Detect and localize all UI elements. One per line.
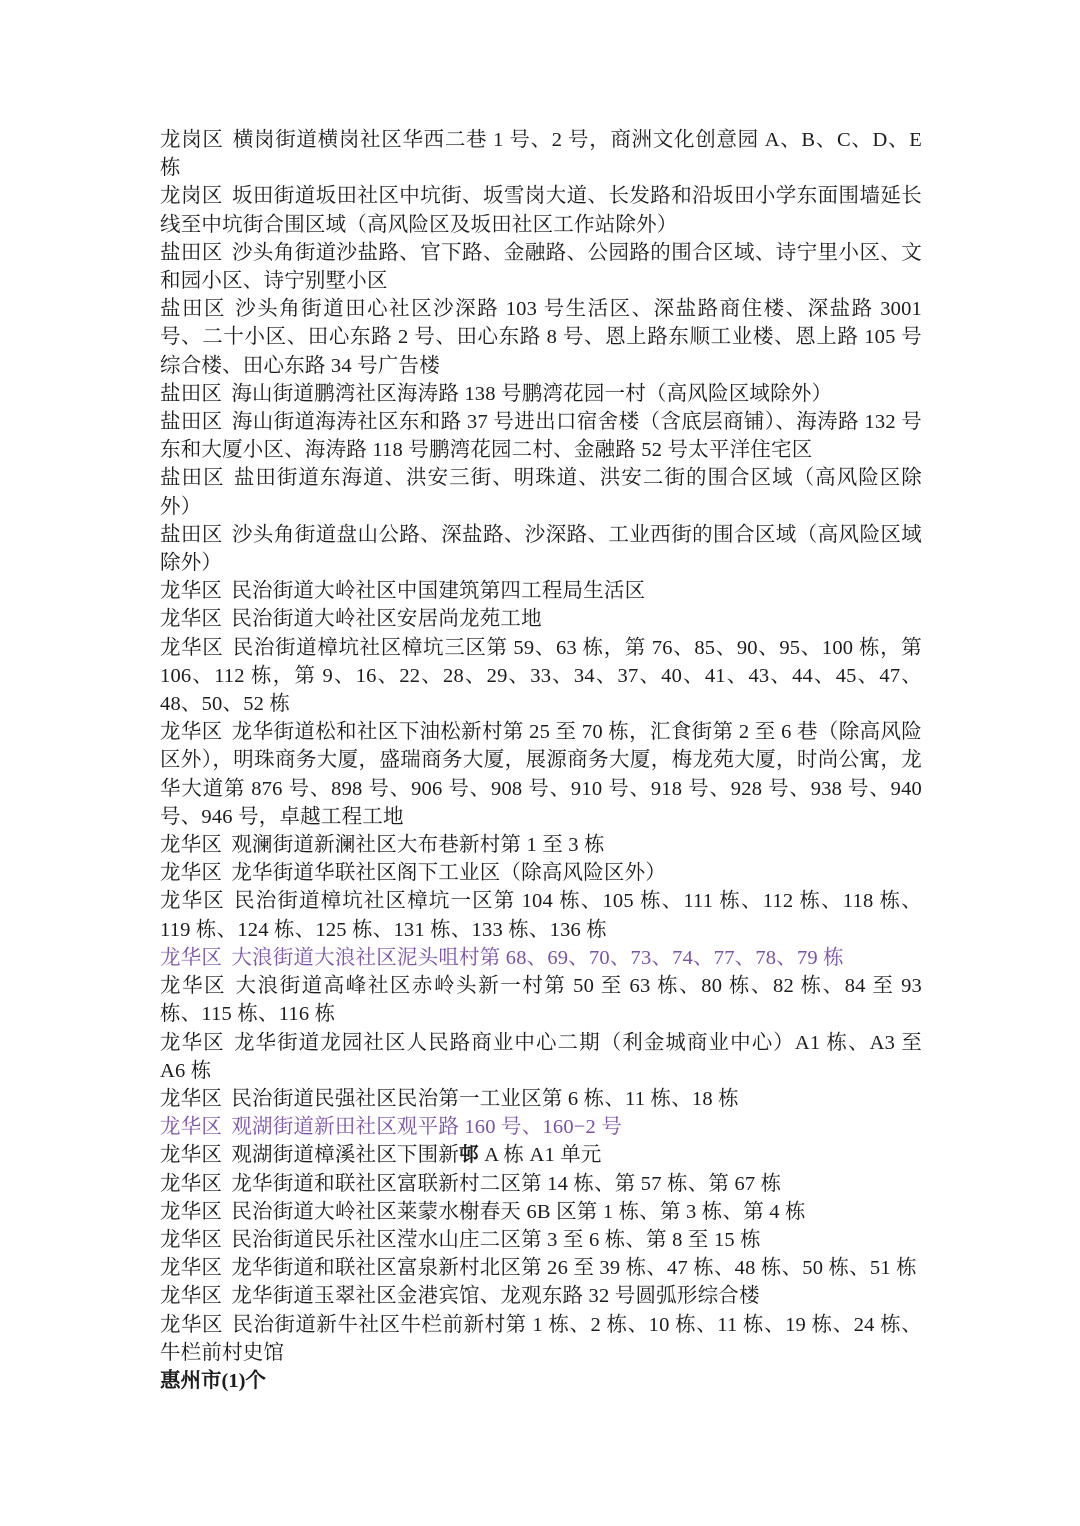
entry-text-segment: 龙华街道玉翠社区金港宾馆、龙观东路 32 号圆弧形综合楼 (231, 1285, 759, 1307)
entry-text-segment: A 栋 A1 单元 (479, 1144, 602, 1166)
entry-text: 民治街道新牛社区牛栏前新村第 1 栋、2 栋、10 栋、11 栋、19 栋、24… (160, 1314, 922, 1364)
entry-text-segment: 民治街道民强社区民治第一工业区第 6 栋、11 栋、18 栋 (231, 1088, 739, 1110)
entry-text: 民治街道大岭社区莱蒙水榭春天 6B 区第 1 栋、第 3 栋、第 4 栋 (231, 1201, 805, 1223)
risk-entry: 龙华区大浪街道大浪社区泥头咀村第 68、69、70、73、74、77、78、79… (160, 944, 922, 972)
district-label: 龙华区 (160, 1229, 222, 1251)
entry-text-segment: 沙头角街道盘山公路、深盐路、沙深路、工业西街的围合区域（高风险区域除外） (160, 524, 922, 574)
entry-text: 沙头角街道沙盐路、官下路、金融路、公园路的围合区域、诗宁里小区、文和园小区、诗宁… (160, 242, 922, 292)
district-label: 龙华区 (160, 862, 222, 884)
entry-text: 大浪街道大浪社区泥头咀村第 68、69、70、73、74、77、78、79 栋 (231, 947, 844, 969)
district-label: 盐田区 (160, 298, 226, 320)
risk-entry: 龙华区民治街道大岭社区安居尚龙苑工地 (160, 605, 922, 633)
risk-entry: 龙华区大浪街道高峰社区赤岭头新一村第 50 至 63 栋、80 栋、82 栋、8… (160, 972, 922, 1028)
district-label: 盐田区 (160, 383, 222, 405)
district-label: 龙华区 (160, 1285, 222, 1307)
district-label: 龙华区 (160, 890, 225, 912)
entry-text: 沙头角街道田心社区沙深路 103 号生活区、深盐路商住楼、深盐路 3001 号、… (160, 298, 922, 376)
entry-text: 海山街道海涛社区东和路 37 号进出口宿舍楼（含底层商铺）、海涛路 132 号东… (160, 411, 922, 461)
risk-entry: 龙岗区横岗街道横岗社区华西二巷 1 号、2 号，商洲文化创意园 A、B、C、D、… (160, 126, 922, 182)
entry-text: 龙华街道松和社区下油松新村第 25 至 70 栋，汇食街第 2 至 6 巷（除高… (160, 721, 922, 828)
entry-text-segment: 民治街道新牛社区牛栏前新村第 1 栋、2 栋、10 栋、11 栋、19 栋、24… (160, 1314, 922, 1364)
risk-entry: 龙华区民治街道大岭社区中国建筑第四工程局生活区 (160, 577, 922, 605)
district-label: 龙华区 (160, 947, 222, 969)
city-section-heading: 惠州市(1)个 (160, 1367, 922, 1395)
risk-entry: 龙华区民治街道樟坑社区樟坑一区第 104 栋、105 栋、111 栋、112 栋… (160, 887, 922, 943)
risk-entry: 龙华区民治街道樟坑社区樟坑三区第 59、63 栋，第 76、85、90、95、1… (160, 634, 922, 719)
entry-text-segment: 沙头角街道沙盐路、官下路、金融路、公园路的围合区域、诗宁里小区、文和园小区、诗宁… (160, 242, 922, 292)
entry-text-segment: 海山街道鹏湾社区海涛路 138 号鹏湾花园一村（高风险区域除外） (231, 383, 832, 405)
entry-text-segment: 横岗街道横岗社区华西二巷 1 号、2 号，商洲文化创意园 A、B、C、D、E 栋 (160, 129, 922, 179)
district-label: 龙岗区 (160, 129, 224, 151)
entry-text: 观澜街道新澜社区大布巷新村第 1 至 3 栋 (231, 834, 604, 856)
entry-text: 横岗街道横岗社区华西二巷 1 号、2 号，商洲文化创意园 A、B、C、D、E 栋 (160, 129, 922, 179)
risk-entry: 盐田区海山街道鹏湾社区海涛路 138 号鹏湾花园一村（高风险区域除外） (160, 380, 922, 408)
entry-text: 大浪街道高峰社区赤岭头新一村第 50 至 63 栋、80 栋、82 栋、84 至… (160, 975, 922, 1025)
entry-text-segment: 龙华街道龙园社区人民路商业中心二期（利金城商业中心）A1 栋、A3 至 A6 栋 (160, 1032, 922, 1082)
district-label: 龙华区 (160, 1088, 222, 1110)
district-label: 龙华区 (160, 1116, 222, 1138)
entry-text-segment: 民治街道大岭社区中国建筑第四工程局生活区 (231, 580, 645, 602)
district-label: 龙华区 (160, 608, 222, 630)
entry-text: 民治街道民强社区民治第一工业区第 6 栋、11 栋、18 栋 (231, 1088, 739, 1110)
district-label: 龙岗区 (160, 185, 223, 207)
risk-entry: 龙华区龙华街道和联社区富联新村二区第 14 栋、第 57 栋、第 67 栋 (160, 1170, 922, 1198)
entry-text: 民治街道大岭社区中国建筑第四工程局生活区 (231, 580, 645, 602)
risk-entry: 龙华区龙华街道和联社区富泉新村北区第 26 至 39 栋、47 栋、48 栋、5… (160, 1254, 922, 1282)
entry-text: 观湖街道新田社区观平路 160 号、160−2 号 (231, 1116, 622, 1138)
entry-text: 民治街道樟坑社区樟坑一区第 104 栋、105 栋、111 栋、112 栋、11… (160, 890, 922, 940)
entry-text: 龙华街道华联社区阁下工业区（除高风险区外） (231, 862, 666, 884)
risk-entry: 龙华区龙华街道松和社区下油松新村第 25 至 70 栋，汇食街第 2 至 6 巷… (160, 718, 922, 831)
entry-text: 沙头角街道盘山公路、深盐路、沙深路、工业西街的围合区域（高风险区域除外） (160, 524, 922, 574)
entry-text-segment: 民治街道民乐社区滢水山庄二区第 3 至 6 栋、第 8 至 15 栋 (231, 1229, 761, 1251)
entry-text: 龙华街道和联社区富泉新村北区第 26 至 39 栋、47 栋、48 栋、50 栋… (231, 1257, 917, 1279)
risk-entry: 龙华区龙华街道玉翠社区金港宾馆、龙观东路 32 号圆弧形综合楼 (160, 1282, 922, 1310)
entry-text-segment: 观澜街道新澜社区大布巷新村第 1 至 3 栋 (231, 834, 604, 856)
district-label: 龙华区 (160, 1257, 222, 1279)
fallback-glyph: 邨 (459, 1143, 479, 1166)
entry-text-segment: 民治街道大岭社区安居尚龙苑工地 (231, 608, 542, 630)
risk-entry: 龙华区龙华街道华联社区阁下工业区（除高风险区外） (160, 859, 922, 887)
entry-text-segment: 观湖街道新田社区观平路 160 号、160−2 号 (231, 1116, 622, 1138)
entry-text: 海山街道鹏湾社区海涛路 138 号鹏湾花园一村（高风险区域除外） (231, 383, 832, 405)
entry-text-segment: 大浪街道高峰社区赤岭头新一村第 50 至 63 栋、80 栋、82 栋、84 至… (160, 975, 922, 1025)
risk-entry: 龙华区观湖街道樟溪社区下围新邨 A 栋 A1 单元 (160, 1141, 922, 1169)
entry-text-segment: 龙华街道松和社区下油松新村第 25 至 70 栋，汇食街第 2 至 6 巷（除高… (160, 721, 922, 828)
district-label: 盐田区 (160, 524, 223, 546)
risk-entry: 盐田区沙头角街道田心社区沙深路 103 号生活区、深盐路商住楼、深盐路 3001… (160, 295, 922, 380)
entry-text: 观湖街道樟溪社区下围新邨 A 栋 A1 单元 (231, 1144, 601, 1166)
entry-text: 民治街道大岭社区安居尚龙苑工地 (231, 608, 542, 630)
district-label: 龙华区 (160, 1173, 222, 1195)
entry-text-segment: 海山街道海涛社区东和路 37 号进出口宿舍楼（含底层商铺）、海涛路 132 号东… (160, 411, 922, 461)
district-label: 龙华区 (160, 975, 226, 997)
entry-text-segment: 龙华街道和联社区富泉新村北区第 26 至 39 栋、47 栋、48 栋、50 栋… (231, 1257, 917, 1279)
entry-text-segment: 大浪街道大浪社区泥头咀村第 68、69、70、73、74、77、78、79 栋 (231, 947, 844, 969)
district-label: 龙华区 (160, 637, 223, 659)
entry-text: 民治街道樟坑社区樟坑三区第 59、63 栋，第 76、85、90、95、100 … (160, 637, 922, 715)
entry-text-segment: 民治街道樟坑社区樟坑三区第 59、63 栋，第 76、85、90、95、100 … (160, 637, 922, 715)
district-label: 盐田区 (160, 411, 223, 433)
risk-entry: 龙华区龙华街道龙园社区人民路商业中心二期（利金城商业中心）A1 栋、A3 至 A… (160, 1029, 922, 1085)
entry-text-segment: 观湖街道樟溪社区下围新 (231, 1144, 459, 1166)
risk-entry: 盐田区沙头角街道盘山公路、深盐路、沙深路、工业西街的围合区域（高风险区域除外） (160, 521, 922, 577)
district-label: 盐田区 (160, 467, 225, 489)
district-label: 龙华区 (160, 1314, 223, 1336)
risk-entry: 盐田区沙头角街道沙盐路、官下路、金融路、公园路的围合区域、诗宁里小区、文和园小区… (160, 239, 922, 295)
risk-entry: 龙岗区坂田街道坂田社区中坑街、坂雪岗大道、长发路和沿坂田小学东面围墙延长线至中坑… (160, 182, 922, 238)
district-label: 龙华区 (160, 1032, 225, 1054)
entry-text: 龙华街道龙园社区人民路商业中心二期（利金城商业中心）A1 栋、A3 至 A6 栋 (160, 1032, 922, 1082)
risk-entry: 龙华区民治街道民强社区民治第一工业区第 6 栋、11 栋、18 栋 (160, 1085, 922, 1113)
entry-text: 龙华街道玉翠社区金港宾馆、龙观东路 32 号圆弧形综合楼 (231, 1285, 759, 1307)
entry-text-segment: 民治街道大岭社区莱蒙水榭春天 6B 区第 1 栋、第 3 栋、第 4 栋 (231, 1201, 805, 1223)
risk-entry: 龙华区民治街道新牛社区牛栏前新村第 1 栋、2 栋、10 栋、11 栋、19 栋… (160, 1311, 922, 1367)
risk-entry: 龙华区观湖街道新田社区观平路 160 号、160−2 号 (160, 1113, 922, 1141)
entry-text-segment: 龙华街道和联社区富联新村二区第 14 栋、第 57 栋、第 67 栋 (231, 1173, 781, 1195)
entry-text: 坂田街道坂田社区中坑街、坂雪岗大道、长发路和沿坂田小学东面围墙延长线至中坑街合围… (160, 185, 922, 235)
district-label: 龙华区 (160, 1144, 222, 1166)
entry-text: 民治街道民乐社区滢水山庄二区第 3 至 6 栋、第 8 至 15 栋 (231, 1229, 761, 1251)
district-label: 龙华区 (160, 580, 222, 602)
district-label: 龙华区 (160, 834, 222, 856)
risk-entry: 盐田区盐田街道东海道、洪安三街、明珠道、洪安二街的围合区域（高风险区除外） (160, 464, 922, 520)
entry-text-segment: 沙头角街道田心社区沙深路 103 号生活区、深盐路商住楼、深盐路 3001 号、… (160, 298, 922, 376)
risk-entry: 龙华区民治街道大岭社区莱蒙水榭春天 6B 区第 1 栋、第 3 栋、第 4 栋 (160, 1198, 922, 1226)
entry-text-segment: 盐田街道东海道、洪安三街、明珠道、洪安二街的围合区域（高风险区除外） (160, 467, 922, 517)
entry-text-segment: 龙华街道华联社区阁下工业区（除高风险区外） (231, 862, 666, 884)
entry-text-segment: 坂田街道坂田社区中坑街、坂雪岗大道、长发路和沿坂田小学东面围墙延长线至中坑街合围… (160, 185, 922, 235)
district-label: 龙华区 (160, 1201, 222, 1223)
entry-text: 龙华街道和联社区富联新村二区第 14 栋、第 57 栋、第 67 栋 (231, 1173, 781, 1195)
risk-area-list: 龙岗区横岗街道横岗社区华西二巷 1 号、2 号，商洲文化创意园 A、B、C、D、… (160, 126, 922, 1367)
entry-text-segment: 民治街道樟坑社区樟坑一区第 104 栋、105 栋、111 栋、112 栋、11… (160, 890, 922, 940)
document-page: 龙岗区横岗街道横岗社区华西二巷 1 号、2 号，商洲文化创意园 A、B、C、D、… (0, 0, 1080, 1526)
risk-entry: 盐田区海山街道海涛社区东和路 37 号进出口宿舍楼（含底层商铺）、海涛路 132… (160, 408, 922, 464)
entry-text: 盐田街道东海道、洪安三街、明珠道、洪安二街的围合区域（高风险区除外） (160, 467, 922, 517)
district-label: 盐田区 (160, 242, 223, 264)
risk-entry: 龙华区观澜街道新澜社区大布巷新村第 1 至 3 栋 (160, 831, 922, 859)
risk-entry: 龙华区民治街道民乐社区滢水山庄二区第 3 至 6 栋、第 8 至 15 栋 (160, 1226, 922, 1254)
district-label: 龙华区 (160, 721, 223, 743)
